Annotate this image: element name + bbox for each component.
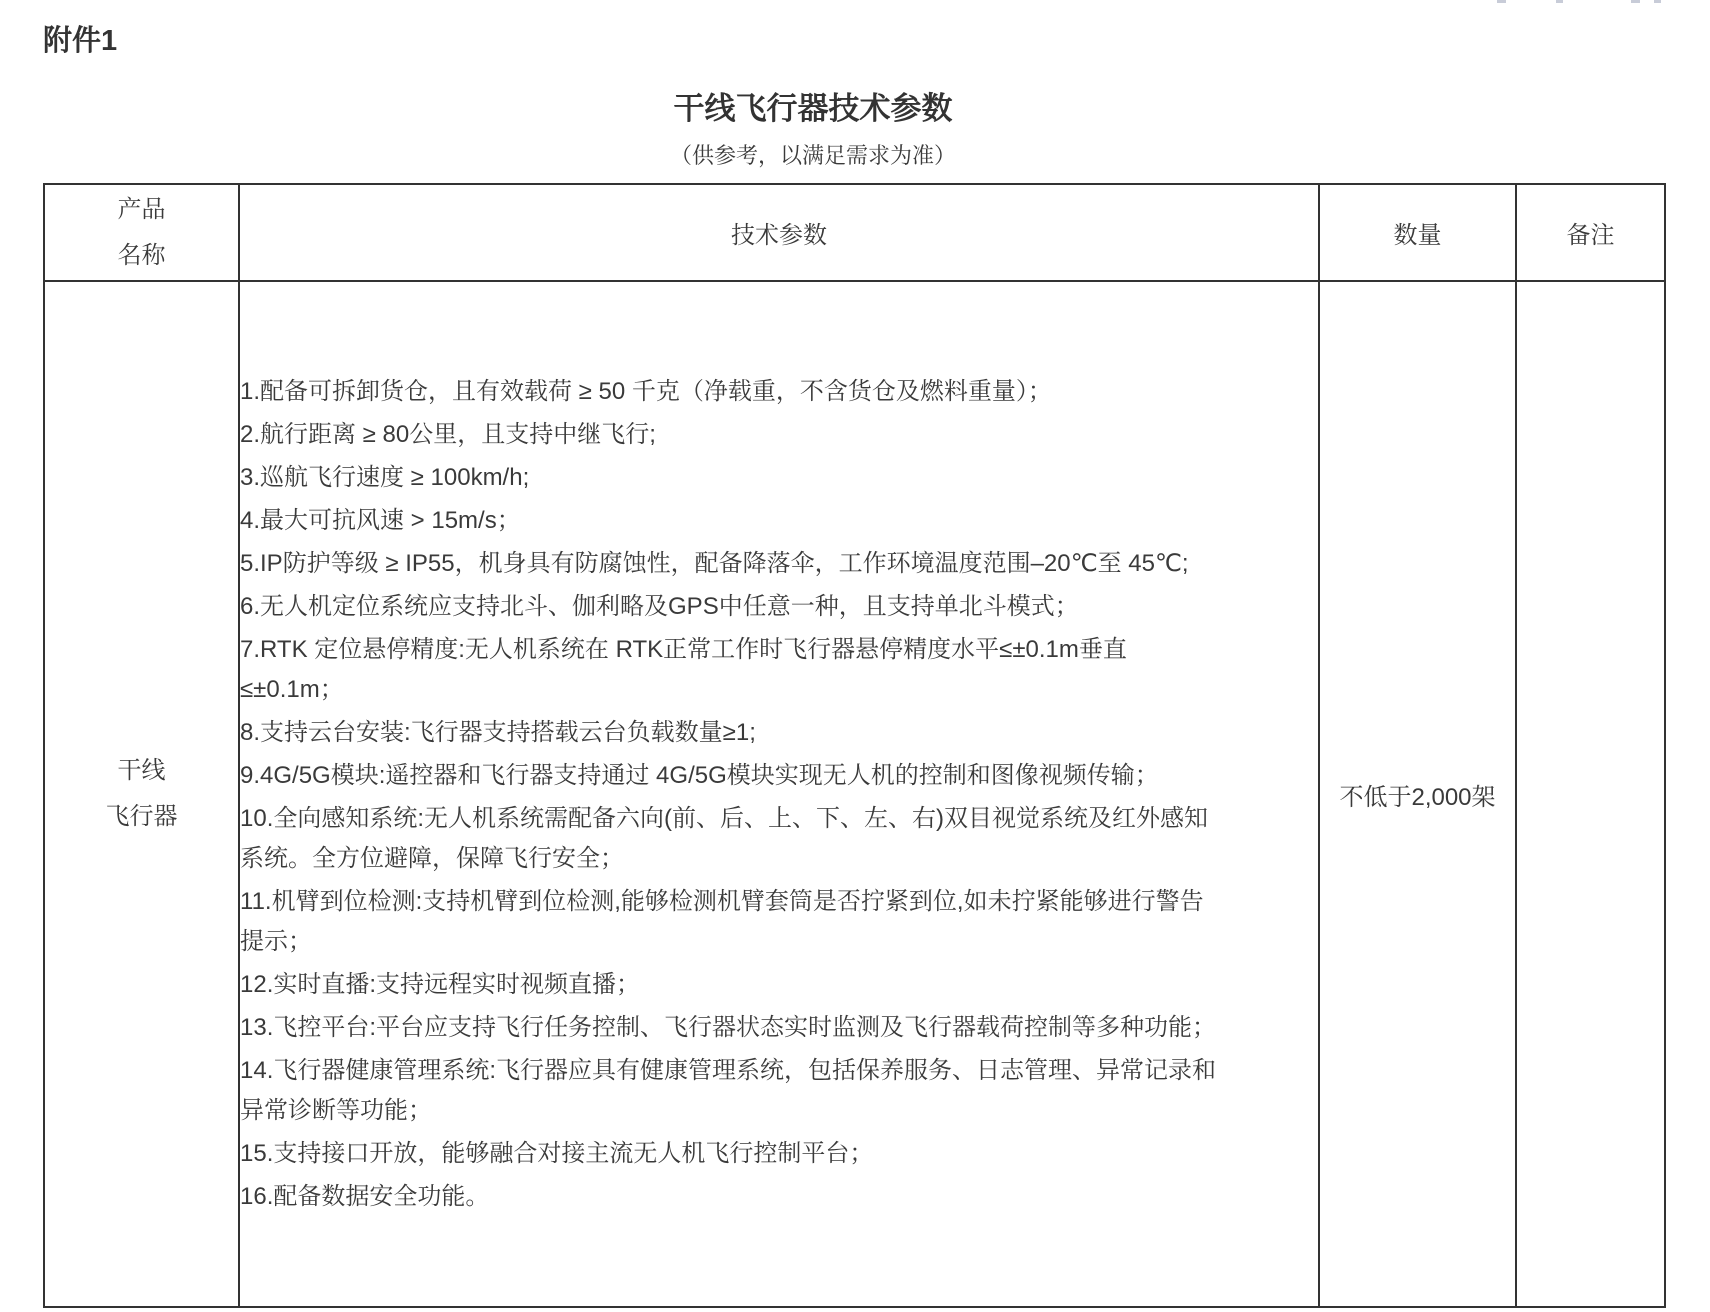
document-subtitle: （供参考，以满足需求为准）: [43, 139, 1583, 170]
tech-param-item: 8.支持云台安装:飞行器支持搭载云台负载数量≥1;: [240, 713, 1222, 753]
spec-table-header: 产品 名称 技术参数 数量 备注: [44, 184, 1665, 281]
cell-tech-params: 1.配备可拆卸货仓，且有效载荷 ≥ 50 千克（净载重，不含货仓及燃料重量）；2…: [239, 281, 1319, 1307]
tech-param-item: 6.无人机定位系统应支持北斗、伽利略及GPS中任意一种，且支持单北斗模式；: [240, 587, 1222, 627]
tech-param-item: 14.飞行器健康管理系统:飞行器应具有健康管理系统，包括保养服务、日志管理、异常…: [240, 1051, 1222, 1131]
tech-param-item: 4.最大可抗风速 > 15m/s；: [240, 501, 1222, 541]
cell-product-name: 干线 飞行器: [44, 281, 239, 1307]
spec-table: 产品 名称 技术参数 数量 备注 干线 飞行器 1.配备可拆卸货仓，且有效载荷 …: [43, 183, 1666, 1308]
tech-param-item: 10.全向感知系统:无人机系统需配备六向(前、后、上、下、左、右)双目视觉系统及…: [240, 799, 1222, 879]
tech-param-item: 12.实时直播:支持远程实时视频直播；: [240, 965, 1222, 1005]
cell-remarks: [1516, 281, 1665, 1307]
tech-param-item: 1.配备可拆卸货仓，且有效载荷 ≥ 50 千克（净载重，不含货仓及燃料重量）；: [240, 372, 1222, 412]
cell-quantity: 不低于2,000架: [1319, 281, 1516, 1307]
table-row: 干线 飞行器 1.配备可拆卸货仓，且有效载荷 ≥ 50 千克（净载重，不含货仓及…: [44, 281, 1665, 1307]
header-row: 产品 名称 技术参数 数量 备注: [44, 184, 1665, 281]
tech-params-list: 1.配备可拆卸货仓，且有效载荷 ≥ 50 千克（净载重，不含货仓及燃料重量）；2…: [240, 372, 1222, 1217]
tech-param-item: 15.支持接口开放，能够融合对接主流无人机飞行控制平台；: [240, 1134, 1222, 1174]
tech-param-item: 3.巡航飞行速度 ≥ 100km/h;: [240, 458, 1222, 498]
tech-param-item: 16.配备数据安全功能。: [240, 1177, 1222, 1217]
spec-table-body: 干线 飞行器 1.配备可拆卸货仓，且有效载荷 ≥ 50 千克（净载重，不含货仓及…: [44, 281, 1665, 1307]
tech-param-item: 7.RTK 定位悬停精度:无人机系统在 RTK正常工作时飞行器悬停精度水平≤±0…: [240, 630, 1222, 710]
header-tech-params: 技术参数: [239, 184, 1319, 281]
tech-param-item: 9.4G/5G模块:遥控器和飞行器支持通过 4G/5G模块实现无人机的控制和图像…: [240, 756, 1222, 796]
document-page: 附件1 干线飞行器技术参数 （供参考，以满足需求为准） 产品 名称 技术参数 数…: [0, 0, 1710, 1308]
header-remarks: 备注: [1516, 184, 1665, 281]
tech-param-item: 5.IP防护等级 ≥ IP55，机身具有防腐蚀性，配备降落伞，工作环境温度范围–…: [240, 544, 1222, 584]
document-title: 干线飞行器技术参数: [43, 83, 1583, 128]
tech-param-item: 2.航行距离 ≥ 80公里，且支持中继飞行;: [240, 415, 1222, 455]
header-product-name: 产品 名称: [44, 184, 239, 281]
header-quantity: 数量: [1319, 184, 1516, 281]
tech-param-item: 11.机臂到位检测:支持机臂到位检测,能够检测机臂套筒是否拧紧到位,如未拧紧能够…: [240, 882, 1222, 962]
tech-param-item: 13.飞控平台:平台应支持飞行任务控制、飞行器状态实时监测及飞行器载荷控制等多种…: [240, 1008, 1222, 1048]
attachment-label: 附件1: [43, 26, 1664, 56]
